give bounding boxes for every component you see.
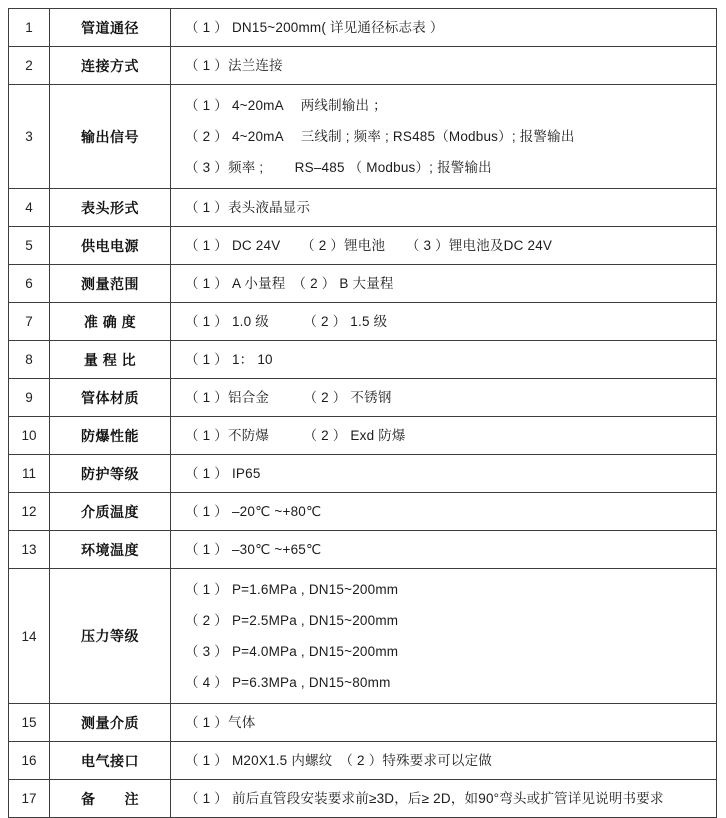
row-number: 1 — [9, 9, 50, 47]
spec-value-line: （ 1 ）法兰连接 — [185, 50, 708, 81]
table-row: 3输出信号（ 1 ） 4~20mA 两线制输出 ；（ 2 ） 4~20mA 三线… — [9, 85, 717, 189]
row-number: 13 — [9, 531, 50, 569]
spec-value-line: （ 1 ） 前后直管段安装要求前≥3D，后≥ 2D，如90°弯头或扩管详见说明书… — [185, 783, 708, 814]
row-number: 3 — [9, 85, 50, 189]
row-number: 8 — [9, 341, 50, 379]
row-number: 17 — [9, 780, 50, 818]
spec-value-line: （ 3 ）频率 ; RS–485 （ Modbus）; 报警输出 — [185, 152, 708, 183]
spec-label: 连接方式 — [50, 47, 171, 85]
spec-table: 1管道通径（ 1 ） DN15~200mm( 详见通径标志表 ）2连接方式（ 1… — [8, 8, 717, 818]
spec-label: 环境温度 — [50, 531, 171, 569]
spec-value-line: （ 1 ） P=1.6MPa , DN15~200mm — [185, 574, 708, 605]
spec-label: 备 注 — [50, 780, 171, 818]
spec-value-line: （ 1 ） 4~20mA 两线制输出 ； — [185, 90, 708, 121]
table-row: 10防爆性能（ 1 ）不防爆 （ 2 ） Exd 防爆 — [9, 417, 717, 455]
spec-label: 准 确 度 — [50, 303, 171, 341]
spec-value-cell: （ 1 ） M20X1.5 内螺纹 （ 2 ）特殊要求可以定做 — [171, 742, 717, 780]
row-number: 2 — [9, 47, 50, 85]
spec-value-line: （ 1 ） –30℃ ~+65℃ — [185, 534, 708, 565]
spec-label: 防爆性能 — [50, 417, 171, 455]
spec-value-line: （ 1 ）不防爆 （ 2 ） Exd 防爆 — [185, 420, 708, 451]
spec-label: 介质温度 — [50, 493, 171, 531]
spec-value-cell: （ 1 ） A 小量程 （ 2 ） B 大量程 — [171, 265, 717, 303]
spec-label: 电气接口 — [50, 742, 171, 780]
spec-label: 表头形式 — [50, 189, 171, 227]
spec-value-cell: （ 1 ） P=1.6MPa , DN15~200mm（ 2 ） P=2.5MP… — [171, 569, 717, 704]
spec-value-cell: （ 1 ） DC 24V （ 2 ）锂电池 （ 3 ）锂电池及DC 24V — [171, 227, 717, 265]
row-number: 10 — [9, 417, 50, 455]
table-row: 16电气接口（ 1 ） M20X1.5 内螺纹 （ 2 ）特殊要求可以定做 — [9, 742, 717, 780]
spec-value-cell: （ 1 ） 1.0 级 （ 2 ） 1.5 级 — [171, 303, 717, 341]
spec-label: 管体材质 — [50, 379, 171, 417]
spec-value-cell: （ 1 ）铝合金 （ 2 ） 不锈钢 — [171, 379, 717, 417]
table-row: 12介质温度（ 1 ） –20℃ ~+80℃ — [9, 493, 717, 531]
table-row: 2连接方式（ 1 ）法兰连接 — [9, 47, 717, 85]
spec-value-line: （ 1 ） –20℃ ~+80℃ — [185, 496, 708, 527]
spec-value-line: （ 1 ） DN15~200mm( 详见通径标志表 ） — [185, 12, 708, 43]
spec-value-line: （ 2 ） P=2.5MPa , DN15~200mm — [185, 605, 708, 636]
spec-value-cell: （ 1 ）不防爆 （ 2 ） Exd 防爆 — [171, 417, 717, 455]
table-row: 17备 注（ 1 ） 前后直管段安装要求前≥3D，后≥ 2D，如90°弯头或扩管… — [9, 780, 717, 818]
spec-value-cell: （ 1 ） IP65 — [171, 455, 717, 493]
spec-value-line: （ 1 ）铝合金 （ 2 ） 不锈钢 — [185, 382, 708, 413]
spec-value-cell: （ 1 ） –20℃ ~+80℃ — [171, 493, 717, 531]
spec-value-cell: （ 1 ） –30℃ ~+65℃ — [171, 531, 717, 569]
table-row: 14压力等级（ 1 ） P=1.6MPa , DN15~200mm（ 2 ） P… — [9, 569, 717, 704]
spec-label: 输出信号 — [50, 85, 171, 189]
spec-value-line: （ 2 ） 4~20mA 三线制 ; 频率 ; RS485（Modbus）; 报… — [185, 121, 708, 152]
table-row: 6测量范围（ 1 ） A 小量程 （ 2 ） B 大量程 — [9, 265, 717, 303]
row-number: 6 — [9, 265, 50, 303]
row-number: 15 — [9, 704, 50, 742]
spec-value-cell: （ 1 ）法兰连接 — [171, 47, 717, 85]
row-number: 7 — [9, 303, 50, 341]
spec-label: 防护等级 — [50, 455, 171, 493]
table-row: 15测量介质（ 1 ）气体 — [9, 704, 717, 742]
spec-value-cell: （ 1 ） 前后直管段安装要求前≥3D，后≥ 2D，如90°弯头或扩管详见说明书… — [171, 780, 717, 818]
spec-value-cell: （ 1 ）表头液晶显示 — [171, 189, 717, 227]
spec-label: 压力等级 — [50, 569, 171, 704]
table-row: 4表头形式（ 1 ）表头液晶显示 — [9, 189, 717, 227]
table-row: 1管道通径（ 1 ） DN15~200mm( 详见通径标志表 ） — [9, 9, 717, 47]
spec-value-line: （ 1 ） DC 24V （ 2 ）锂电池 （ 3 ）锂电池及DC 24V — [185, 230, 708, 261]
table-row: 5供电电源（ 1 ） DC 24V （ 2 ）锂电池 （ 3 ）锂电池及DC 2… — [9, 227, 717, 265]
spec-value-line: （ 3 ） P=4.0MPa , DN15~200mm — [185, 636, 708, 667]
spec-value-line: （ 1 ） IP65 — [185, 458, 708, 489]
spec-value-line: （ 1 ） 1： 10 — [185, 344, 708, 375]
spec-value-line: （ 1 ） A 小量程 （ 2 ） B 大量程 — [185, 268, 708, 299]
spec-value-cell: （ 1 ） 4~20mA 两线制输出 ；（ 2 ） 4~20mA 三线制 ; 频… — [171, 85, 717, 189]
table-row: 8量 程 比（ 1 ） 1： 10 — [9, 341, 717, 379]
row-number: 14 — [9, 569, 50, 704]
row-number: 11 — [9, 455, 50, 493]
spec-label: 量 程 比 — [50, 341, 171, 379]
spec-value-cell: （ 1 ） DN15~200mm( 详见通径标志表 ） — [171, 9, 717, 47]
spec-label: 管道通径 — [50, 9, 171, 47]
row-number: 12 — [9, 493, 50, 531]
table-row: 13环境温度（ 1 ） –30℃ ~+65℃ — [9, 531, 717, 569]
spec-label: 测量范围 — [50, 265, 171, 303]
row-number: 16 — [9, 742, 50, 780]
row-number: 5 — [9, 227, 50, 265]
spec-table-body: 1管道通径（ 1 ） DN15~200mm( 详见通径标志表 ）2连接方式（ 1… — [9, 9, 717, 818]
table-row: 7准 确 度（ 1 ） 1.0 级 （ 2 ） 1.5 级 — [9, 303, 717, 341]
spec-value-cell: （ 1 ）气体 — [171, 704, 717, 742]
spec-label: 测量介质 — [50, 704, 171, 742]
table-row: 9管体材质（ 1 ）铝合金 （ 2 ） 不锈钢 — [9, 379, 717, 417]
row-number: 4 — [9, 189, 50, 227]
spec-value-line: （ 1 ） M20X1.5 内螺纹 （ 2 ）特殊要求可以定做 — [185, 745, 708, 776]
spec-value-line: （ 1 ） 1.0 级 （ 2 ） 1.5 级 — [185, 306, 708, 337]
spec-value-line: （ 1 ）表头液晶显示 — [185, 192, 708, 223]
spec-value-cell: （ 1 ） 1： 10 — [171, 341, 717, 379]
spec-sheet-page: 1管道通径（ 1 ） DN15~200mm( 详见通径标志表 ）2连接方式（ 1… — [0, 0, 726, 792]
spec-value-line: （ 1 ）气体 — [185, 707, 708, 738]
spec-label: 供电电源 — [50, 227, 171, 265]
spec-value-line: （ 4 ） P=6.3MPa , DN15~80mm — [185, 667, 708, 698]
row-number: 9 — [9, 379, 50, 417]
table-row: 11防护等级（ 1 ） IP65 — [9, 455, 717, 493]
